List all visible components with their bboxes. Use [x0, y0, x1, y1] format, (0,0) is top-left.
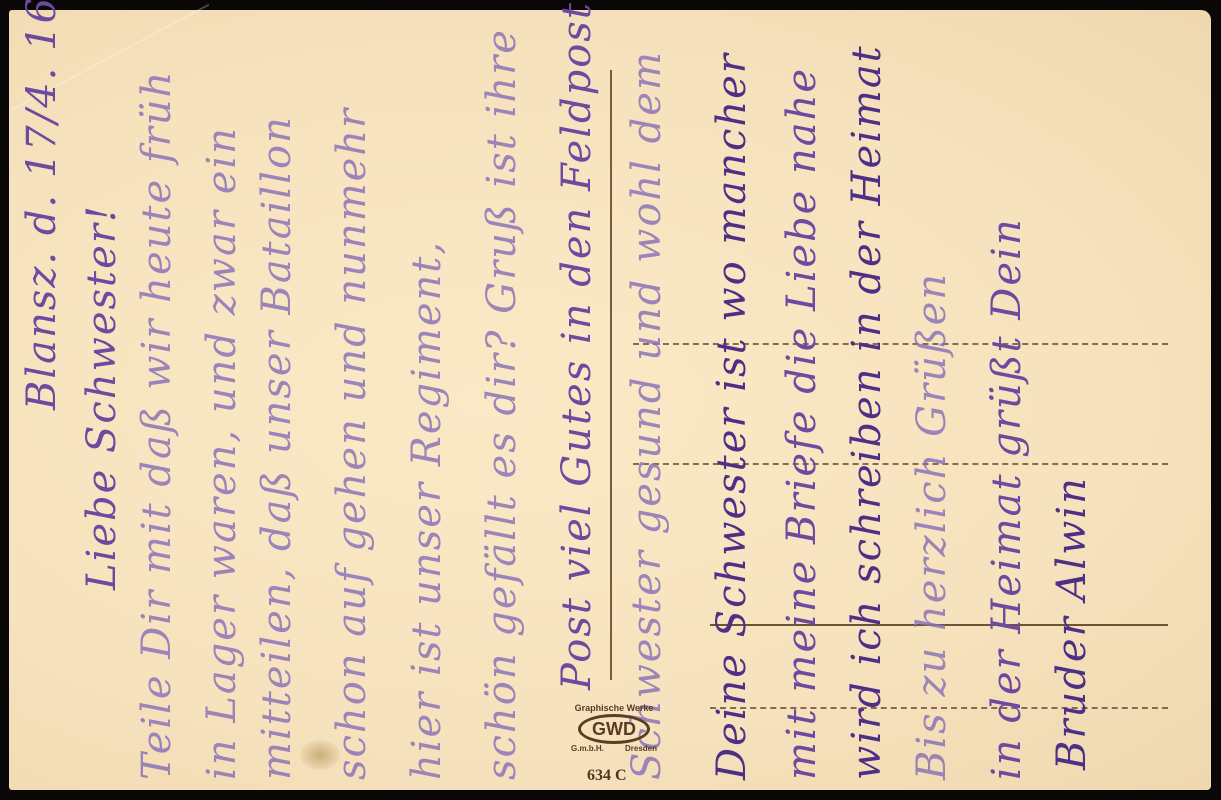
publisher-monogram: GWD: [578, 714, 650, 744]
date-line: Blansz. d. 17/4. 16.: [19, 0, 65, 410]
message-line: in Lager waren, und zwar ein: [199, 126, 245, 780]
publisher-name: Graphische Werke: [571, 703, 657, 713]
postcard-back: Blansz. d. 17/4. 16. Liebe Schwester! Te…: [9, 10, 1211, 790]
series-number: 634 C: [587, 767, 627, 785]
message-line: mitteilen, daß unser Bataillon: [254, 115, 300, 780]
signature: Bruder Alwin: [1049, 476, 1095, 770]
publisher-logo: Graphische Werke GWD G.m.b.H. Dresden: [571, 703, 657, 755]
publisher-city: Dresden: [625, 744, 657, 753]
message-line: Post viel Gutes in den Feldpost: [554, 1, 600, 690]
message-line: Deine Schwester ist wo mancher: [709, 52, 755, 780]
message-line: schön gefällt es dir? Gruß ist ihre: [479, 28, 525, 780]
message-line: Schwester gesund und wohl dem: [624, 50, 670, 780]
greeting-line: Liebe Schwester!: [79, 204, 125, 590]
message-line: Teile Dir mit daß wir heute früh: [134, 70, 180, 780]
publisher-company-type: G.m.b.H.: [571, 744, 604, 753]
message-line: wird ich schreiben in der Heimat: [844, 44, 890, 780]
message-line: mit meine Briefe die Liebe nahe: [779, 67, 825, 780]
message-line: schon auf gehen und nunmehr: [329, 107, 375, 780]
message-line: Bis zu herzlich Grüßen: [909, 272, 955, 780]
message-line: hier ist unser Regiment,: [404, 240, 450, 780]
message-line: in der Heimat grüßt Dein: [984, 217, 1030, 780]
divider-line: [610, 70, 612, 680]
